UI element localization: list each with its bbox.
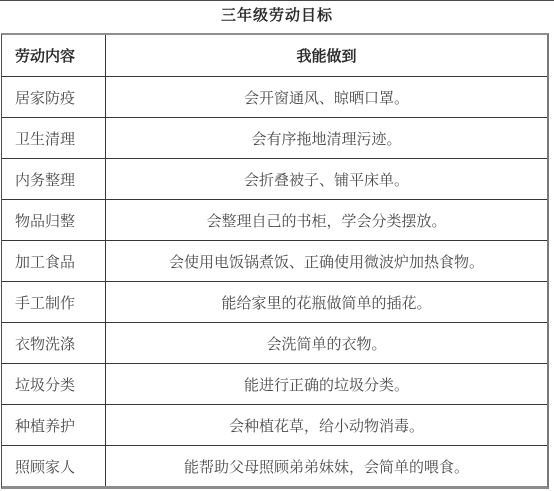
labor-content-cell: 卫生清理 bbox=[2, 118, 106, 158]
goal-cell: 能帮助父母照顾弟弟妹妹，会简单的喂食。 bbox=[106, 446, 547, 486]
goal-cell: 会使用电饭锅煮饭、正确使用微波炉加热食物。 bbox=[106, 241, 547, 281]
labor-content-cell: 垃圾分类 bbox=[2, 364, 106, 404]
labor-goals-table: 劳动内容 我能做到 居家防疫 会开窗通风、晾晒口罩。 卫生清理 会有序拖地清理污… bbox=[1, 33, 549, 489]
labor-content-cell: 衣物洗涤 bbox=[2, 323, 106, 363]
column-header-i-can-do: 我能做到 bbox=[106, 35, 547, 76]
labor-content-cell: 照顾家人 bbox=[2, 446, 106, 486]
table-row: 照顾家人 能帮助父母照顾弟弟妹妹，会简单的喂食。 bbox=[2, 446, 547, 486]
labor-content-cell: 内务整理 bbox=[2, 159, 106, 199]
table-body: 居家防疫 会开窗通风、晾晒口罩。 卫生清理 会有序拖地清理污迹。 内务整理 会折… bbox=[2, 77, 547, 486]
goal-cell: 会整理自己的书柜，学会分类摆放。 bbox=[106, 200, 547, 240]
goal-cell: 会开窗通风、晾晒口罩。 bbox=[106, 77, 547, 117]
labor-content-cell: 加工食品 bbox=[2, 241, 106, 281]
goal-cell: 会折叠被子、铺平床单。 bbox=[106, 159, 547, 199]
goal-cell: 会洗简单的衣物。 bbox=[106, 323, 547, 363]
table-row: 卫生清理 会有序拖地清理污迹。 bbox=[2, 118, 547, 159]
table-row: 内务整理 会折叠被子、铺平床单。 bbox=[2, 159, 547, 200]
table-title: 三年级劳动目标 bbox=[0, 1, 554, 33]
table-row: 垃圾分类 能进行正确的垃圾分类。 bbox=[2, 364, 547, 405]
goal-cell: 会种植花草，给小动物消毒。 bbox=[106, 405, 547, 445]
goal-cell: 能给家里的花瓶做简单的插花。 bbox=[106, 282, 547, 322]
table-row: 衣物洗涤 会洗简单的衣物。 bbox=[2, 323, 547, 364]
column-header-labor-content: 劳动内容 bbox=[2, 35, 106, 76]
table-row: 种植养护 会种植花草，给小动物消毒。 bbox=[2, 405, 547, 446]
goal-cell: 能进行正确的垃圾分类。 bbox=[106, 364, 547, 404]
labor-content-cell: 物品归整 bbox=[2, 200, 106, 240]
goal-cell: 会有序拖地清理污迹。 bbox=[106, 118, 547, 158]
table-row: 手工制作 能给家里的花瓶做简单的插花。 bbox=[2, 282, 547, 323]
labor-content-cell: 种植养护 bbox=[2, 405, 106, 445]
table-row: 加工食品 会使用电饭锅煮饭、正确使用微波炉加热食物。 bbox=[2, 241, 547, 282]
labor-content-cell: 居家防疫 bbox=[2, 77, 106, 117]
table-header-row: 劳动内容 我能做到 bbox=[2, 35, 547, 77]
table-row: 物品归整 会整理自己的书柜，学会分类摆放。 bbox=[2, 200, 547, 241]
table-row: 居家防疫 会开窗通风、晾晒口罩。 bbox=[2, 77, 547, 118]
document-page: 三年级劳动目标 劳动内容 我能做到 居家防疫 会开窗通风、晾晒口罩。 卫生清理 … bbox=[0, 0, 554, 491]
labor-content-cell: 手工制作 bbox=[2, 282, 106, 322]
